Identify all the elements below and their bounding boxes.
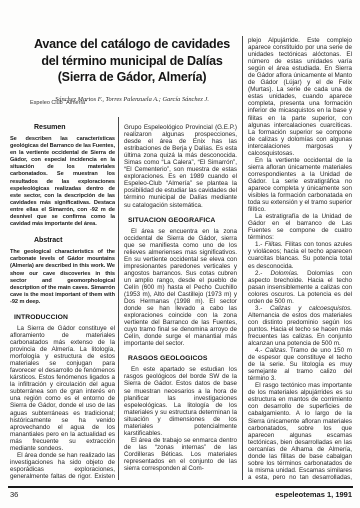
- page-number: 36: [10, 490, 18, 499]
- footer-rule: [8, 486, 353, 488]
- item-number: 2.-: [255, 270, 262, 277]
- situacion-geografica-heading: SITUACION GEOGRAFICA: [128, 217, 237, 224]
- item-text: Alternancia de estos dos materiales con …: [248, 312, 352, 347]
- abstract-heading: Abstract: [34, 237, 115, 244]
- item-term: Calizas y calcoesquistos.: [270, 305, 352, 312]
- intro-paragraph-continued: Grupo Espeleológico Provincial (G.E.P.) …: [124, 124, 237, 209]
- list-item-dolomias: 2.- Dolomías. Dolomías con aspecto brech…: [248, 270, 352, 305]
- item-number: 1.-: [255, 241, 262, 248]
- intro-paragraph-2: El área donde se han realizado las inves…: [10, 452, 115, 480]
- affiliation: Espeleo Club “Almería”: [30, 100, 87, 106]
- abstract-text: The geological characteristics of the ca…: [10, 249, 115, 306]
- page-title-line3: (Sierra de Gádor, Almería): [26, 69, 238, 86]
- column-divider-right: [242, 36, 243, 480]
- title-block: Avance del catálogo de cavidades del tér…: [26, 36, 238, 103]
- item-text: Dolomías con aspecto brechoide. Hacia el…: [248, 270, 352, 305]
- introduction-heading: INTRODUCCION: [14, 314, 115, 321]
- page-title: Avance del catálogo de cavidades: [26, 36, 238, 53]
- item-text: Filitas con tonos azules y violáceos; ha…: [248, 241, 352, 269]
- journal-footer: espeleotemas 1, 1991: [275, 490, 352, 499]
- tectonica-paragraph: El rasgo tectónico mas importante de los…: [248, 382, 352, 480]
- estratigrafia-paragraph: La estratigrafía de la Unidad de Gádor e…: [248, 213, 352, 241]
- rasgos-paragraph-1: En este apartado se estudian los rasgos …: [124, 366, 237, 436]
- resumen-text: Se describen las características geológi…: [10, 136, 115, 228]
- column-1: Resumen Se describen las características…: [10, 124, 115, 480]
- page-title-line2: del término municipal de Dalías: [26, 53, 238, 70]
- vertiente-paragraph: En la vertiente occidental de la sierra …: [248, 157, 352, 213]
- list-item-filitas: 1.- Filitas. Filitas con tonos azules y …: [248, 241, 352, 269]
- item-term: Filitas.: [265, 241, 283, 248]
- rasgos-geologicos-heading: RASGOS GEOLOGICOS: [128, 355, 237, 362]
- item-term: Calizas.: [265, 347, 287, 354]
- item-text: Tramo de uno 150 m de espesor que consti…: [248, 347, 352, 382]
- journal-page-scan: Avance del catálogo de cavidades del tér…: [0, 0, 360, 508]
- item-number: 3.-: [255, 305, 262, 312]
- column-divider-left: [118, 117, 119, 480]
- item-number: 4.-: [255, 347, 262, 354]
- situacion-paragraph: El área se encuentra en la zona occident…: [124, 228, 237, 348]
- column-3: plejo Alpujárride. Este complejo aparece…: [248, 37, 352, 480]
- column-2: Grupo Espeleológico Provincial (G.E.P.) …: [124, 124, 237, 480]
- item-term: Dolomías.: [271, 270, 299, 277]
- list-item-calizas-calcoesquistos: 3.- Calizas y calcoesquistos. Alternanci…: [248, 305, 352, 347]
- rasgos-paragraph-2: El área de trabajo se enmarca dentro de …: [124, 437, 237, 472]
- list-item-calizas: 4.- Calizas. Tramo de uno 150 m de espes…: [248, 347, 352, 382]
- rasgos-paragraph-continued: plejo Alpujárride. Este complejo aparece…: [248, 37, 352, 157]
- resumen-heading: Resumen: [34, 124, 115, 131]
- intro-paragraph-1: La Sierra de Gádor constituye el afloram…: [10, 325, 115, 452]
